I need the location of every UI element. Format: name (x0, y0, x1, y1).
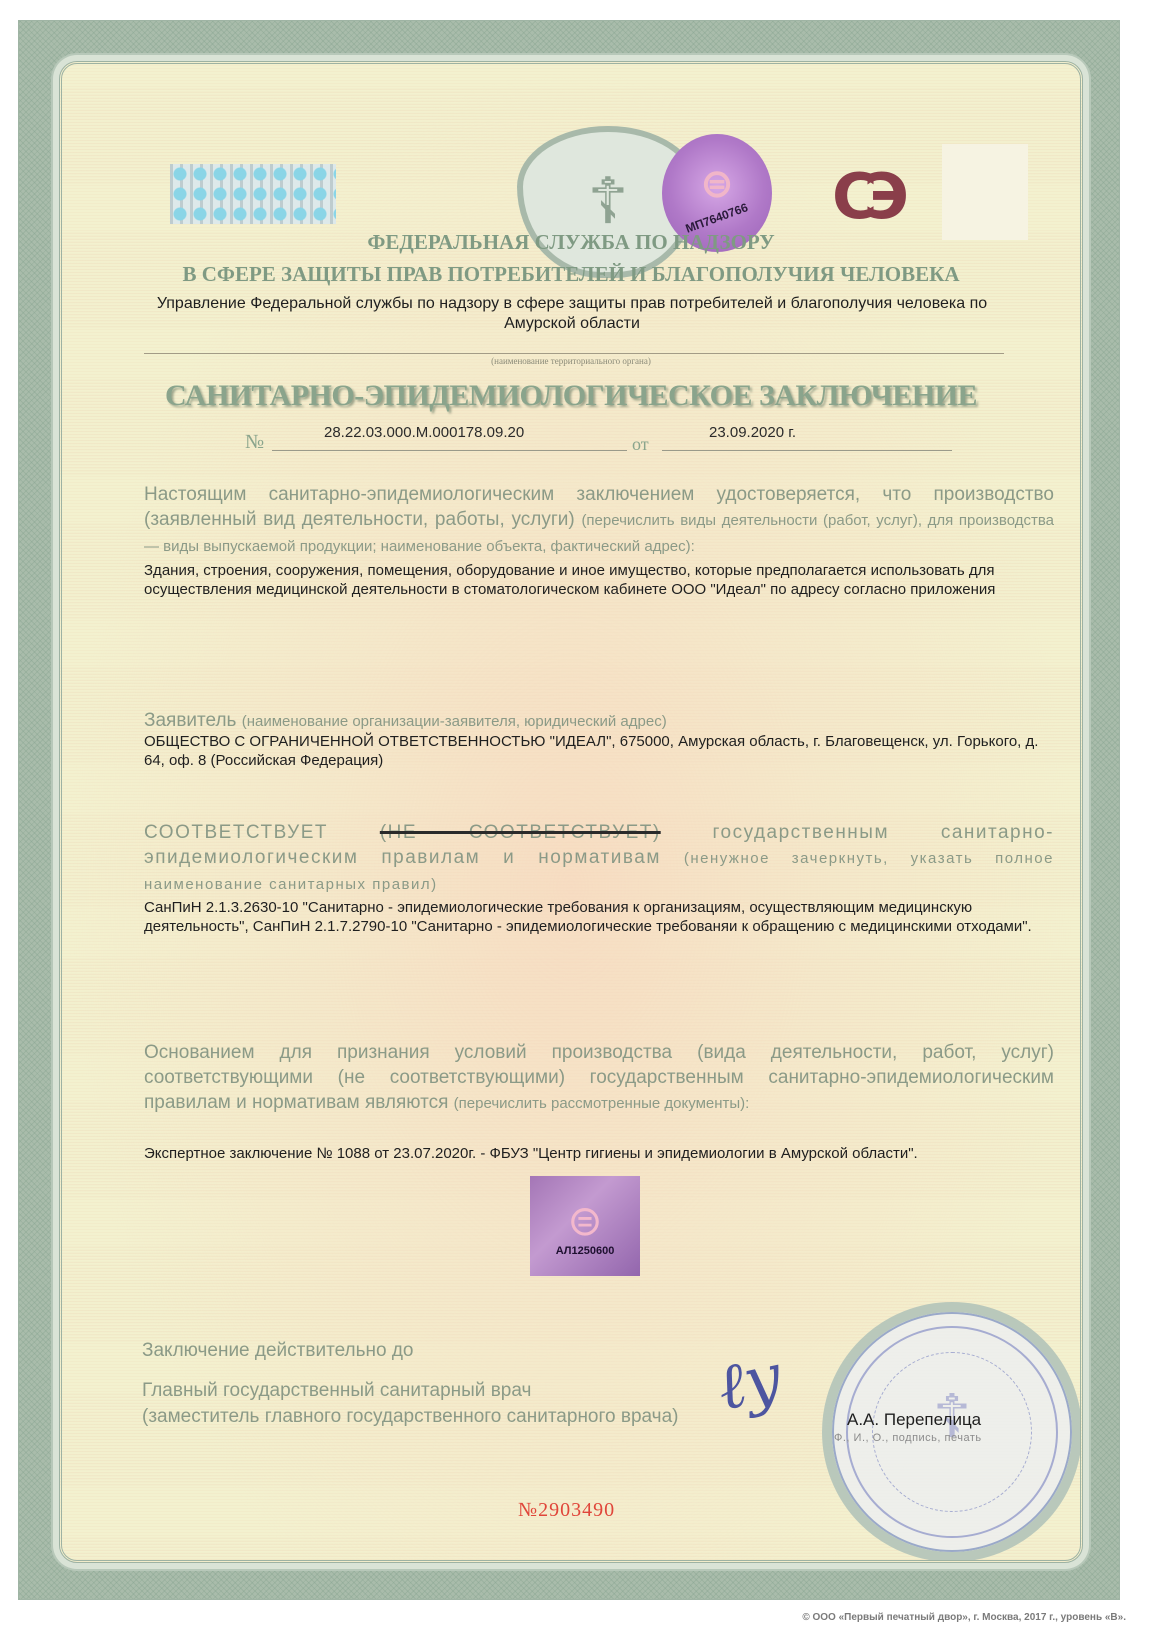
signer-name: А.А. Перепелица (847, 1410, 981, 1430)
number-rule (272, 450, 627, 451)
subject-intro: Настоящим санитарно-эпидемиологическим з… (144, 482, 1054, 559)
double-headed-eagle-icon: ☦ (587, 165, 629, 239)
chief-doctor-title: Главный государственный санитарный врач (142, 1380, 531, 1402)
agency-title-line2: В СФЕРЕ ЗАЩИТЫ ПРАВ ПОТРЕБИТЕЛЕЙ И БЛАГО… (62, 262, 1080, 287)
document-number: 28.22.03.000.М.000178.09.20 (324, 424, 524, 441)
basis-value: Экспертное заключение № 1088 от 23.07.20… (144, 1144, 1044, 1163)
territorial-body-rule (144, 353, 1004, 354)
se-logo: СЭ (832, 160, 895, 233)
hologram-sticker-code: АЛ1250600 (556, 1245, 615, 1257)
signer-caption: Ф., И., О., подпись, печать (834, 1432, 982, 1444)
hologram-emblem-icon: ⊜ (567, 1196, 602, 1245)
certificate-paper: ☦ ⊜ МП7640766 СЭ ФЕДЕРАЛЬНАЯ СЛУЖБА ПО Н… (59, 61, 1083, 1563)
basis-statement: Основанием для признания условий произво… (144, 1040, 1054, 1116)
applicant-label: Заявитель (144, 710, 236, 731)
applicant-label-row: Заявитель (наименование организации-заяв… (144, 708, 1054, 734)
subject-value: Здания, строения, сооружения, помещения,… (144, 561, 1044, 599)
applicant-value: ОБЩЕСТВО С ОГРАНИЧЕННОЙ ОТВЕТСТВЕННОСТЬЮ… (144, 732, 1044, 770)
conformity-status: СООТВЕТСТВУЕТ (144, 822, 328, 843)
valid-until-label: Заключение действительно до (142, 1340, 413, 1362)
number-label: № (245, 431, 264, 454)
hologram-emblem-icon: ⊜ (700, 161, 734, 207)
date-rule (662, 450, 952, 451)
signature-icon: ℓy (711, 1340, 788, 1425)
conformity-value: СанПиН 2.1.3.2630-10 "Санитарно - эпидем… (144, 898, 1044, 936)
printer-note: © ООО «Первый печатный двор», г. Москва,… (802, 1612, 1126, 1623)
deputy-chief-doctor-title: (заместитель главного государственного с… (142, 1406, 678, 1428)
certificate-border: ☦ ⊜ МП7640766 СЭ ФЕДЕРАЛЬНАЯ СЛУЖБА ПО Н… (18, 20, 1120, 1600)
territorial-body: Управление Федеральной службы по надзору… (122, 294, 1022, 334)
applicant-hint: (наименование организации-заявителя, юри… (242, 713, 667, 730)
agency-title-line1: ФЕДЕРАЛЬНАЯ СЛУЖБА ПО НАДЗОРУ (62, 230, 1080, 255)
territorial-body-caption: (наименование территориального органа) (62, 356, 1080, 366)
document-date: 23.09.2020 г. (709, 424, 796, 441)
conformity-statement: СООТВЕТСТВУЕТ (НЕ СООТВЕТСТВУЕТ) государ… (144, 820, 1054, 897)
date-label: от (632, 434, 649, 455)
basis-hint: (перечислить рассмотренные документы): (454, 1095, 750, 1112)
hologram-sticker: ⊜ АЛ1250600 (530, 1176, 640, 1276)
conformity-struck-status: (НЕ СООТВЕТСТВУЕТ) (380, 822, 661, 843)
blank-patch (942, 144, 1028, 240)
blank-serial-number: №2903490 (518, 1499, 615, 1522)
hologram-strip (170, 164, 336, 224)
document-title: САНИТАРНО-ЭПИДЕМИОЛОГИЧЕСКОЕ ЗАКЛЮЧЕНИЕ (62, 379, 1080, 413)
